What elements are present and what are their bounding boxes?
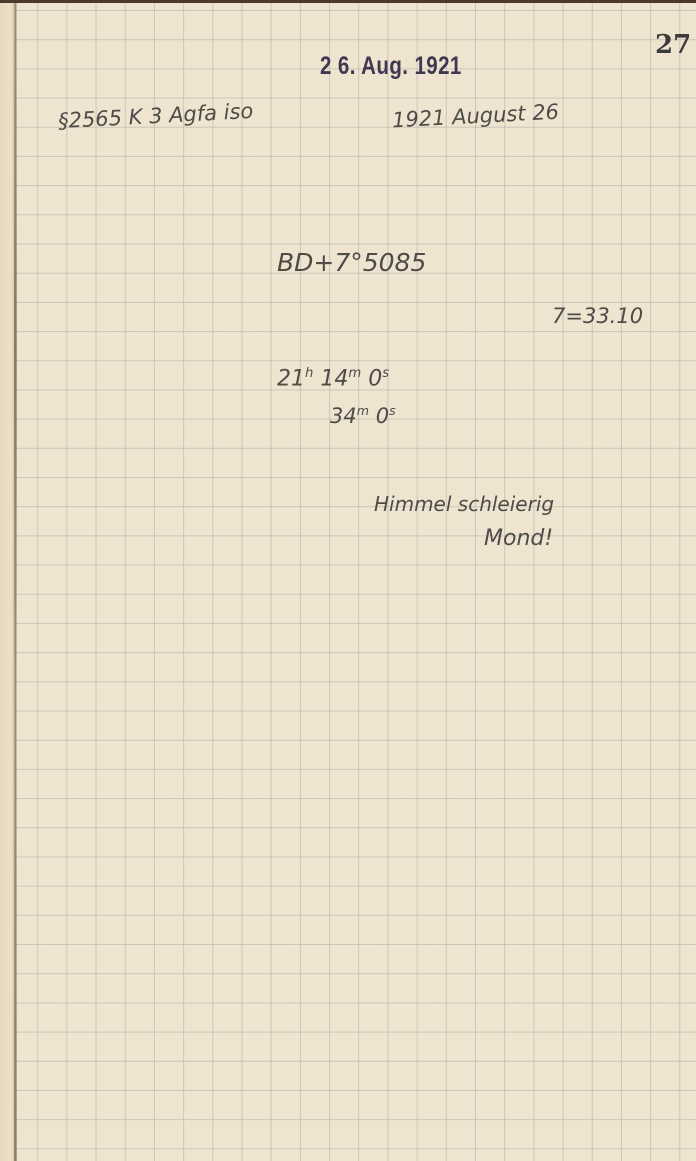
magnitude-note: 7=33.10 [552,304,643,328]
end-minutes-unit: m [357,403,369,418]
start-minutes: 14 [320,366,348,391]
date-stamp: 2 6. Aug. 1921 [320,52,462,81]
start-seconds-unit: s [382,366,389,381]
notebook-page [0,0,696,1161]
sky-remark-line2: Mond! [484,526,553,551]
binding-shadow [14,0,17,1161]
exposure-end-time: 34m 0s [330,403,396,428]
start-hours-unit: h [305,366,313,381]
end-seconds-unit: s [389,403,396,418]
page-number: 27 [655,30,691,60]
end-minutes: 34 [330,404,357,428]
start-seconds: 0 [368,366,382,391]
end-seconds: 0 [376,404,389,428]
sky-remark-line1: Himmel schleierig [374,492,554,516]
page-top-edge [0,0,696,3]
exposure-start-time: 21h 14m 0s [277,366,389,391]
star-designation: BD+7°5085 [277,248,426,277]
start-minutes-unit: m [348,366,361,381]
start-hours: 21 [277,366,305,391]
